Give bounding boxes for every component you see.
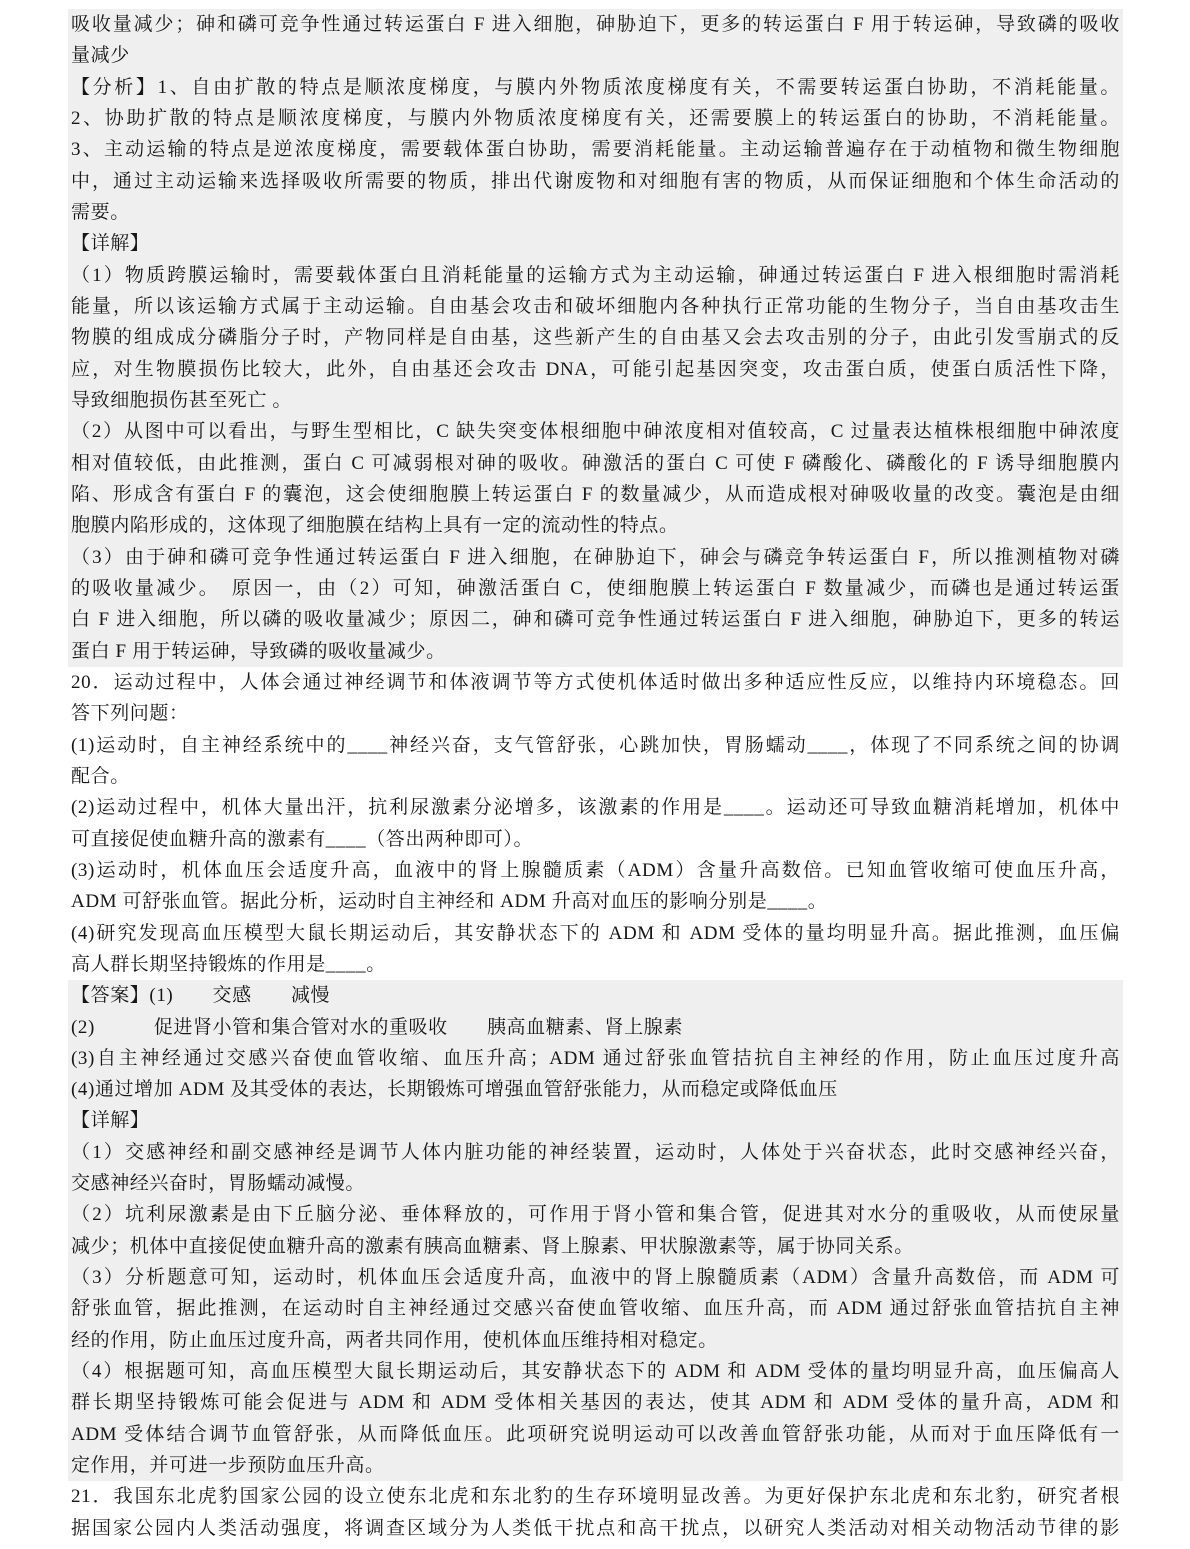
document-page: 吸收量减少；砷和磷可竞争性通过转运蛋白 F 进入细胞，砷胁迫下，更多的转运蛋白 … xyxy=(68,9,1123,1544)
text-line: (4)通过增加 ADM 及其受体的表达，长期锻炼可增强血管舒张能力，从而稳定或降… xyxy=(71,1074,1120,1105)
text-line: 【分析】1、自由扩散的特点是顺浓度梯度，与膜内外物质浓度梯度有关，不需要转运蛋白… xyxy=(71,72,1120,103)
question20-body: 20．运动过程中，人体会通过神经调节和体液调节等方式使机体适时做出多种适应性反应… xyxy=(68,667,1123,980)
text-line: （3）分析题意可知，运动时，机体血压会适度升高，血液中的肾上腺髓质素（ADM）含… xyxy=(71,1262,1120,1293)
text-line: 物膜的组成成分磷脂分子时，产物同样是自由基，这些新产生的自由基又会去攻击别的分子… xyxy=(71,322,1120,353)
text-line: 21．我国东北虎豹国家公园的设立使东北虎和东北豹的生存环境明显改善。为更好保护东… xyxy=(71,1481,1120,1512)
text-line: 中，通过主动运输来选择吸收所需要的物质，排出代谢废物和对细胞有害的物质，从而保证… xyxy=(71,166,1120,197)
text-line: 交感神经兴奋时，胃肠蠕动减慢。 xyxy=(71,1168,1120,1199)
text-line: 据国家公园内人类活动强度，将调查区域分为人类低干扰点和高干扰点，以研究人类活动对… xyxy=(71,1513,1120,1544)
text-line: 舒张血管，据此推测，在运动时自主神经通过交感兴奋使血管收缩、血压升高，而 ADM… xyxy=(71,1293,1120,1324)
text-line: 答下列问题： xyxy=(71,698,1120,729)
text-line: (1)运动时，自主神经系统中的____神经兴奋，支气管舒张，心跳加快，胃肠蠕动_… xyxy=(71,730,1120,761)
text-line: (2)运动过程中，机体大量出汗，抗利尿激素分泌增多，该激素的作用是____。运动… xyxy=(71,792,1120,823)
text-line: 能量，所以该运输方式属于主动运输。自由基会攻击和破坏细胞内各种执行正常功能的生物… xyxy=(71,291,1120,322)
text-line: 蛋白 F 用于转运砷，导致磷的吸收量减少。 xyxy=(71,636,1120,667)
text-line: 需要。 xyxy=(71,197,1120,228)
text-line: 陷、形成含有蛋白 F 的囊泡，这会使细胞膜上转运蛋白 F 的数量减少，从而造成根… xyxy=(71,479,1120,510)
text-line: 定作用，并可进一步预防血压升高。 xyxy=(71,1450,1120,1481)
text-line: (3)运动时，机体血压会适度升高，血液中的肾上腺髓质素（ADM）含量升高数倍。已… xyxy=(71,855,1120,886)
question20-answer-highlight: 【答案】(1) 交感 减慢(2) 促进肾小管和集合管对水的重吸收 胰高血糖素、肾… xyxy=(68,980,1123,1481)
text-line: 高人群长期坚持锻炼的作用是____。 xyxy=(71,949,1120,980)
text-line: 2、协助扩散的特点是顺浓度梯度，与膜内外物质浓度梯度有关，还需要膜上的转运蛋白的… xyxy=(71,103,1120,134)
text-line: （3）由于砷和磷可竞争性通过转运蛋白 F 进入细胞，在砷胁迫下，砷会与磷竞争转运… xyxy=(71,542,1120,573)
text-line: 导致细胞损伤甚至死亡 。 xyxy=(71,385,1120,416)
question21-body: 21．我国东北虎豹国家公园的设立使东北虎和东北豹的生存环境明显改善。为更好保护东… xyxy=(68,1481,1123,1544)
text-line: 的吸收量减少。 原因一，由（2）可知，砷激活蛋白 C，使细胞膜上转运蛋白 F 数… xyxy=(71,573,1120,604)
text-line: 量减少 xyxy=(71,40,1120,71)
text-line: 【详解】 xyxy=(71,228,1120,259)
text-line: ADM 可舒张血管。据此分析，运动时自主神经和 ADM 升高对血压的影响分别是_… xyxy=(71,886,1120,917)
text-line: 群长期坚持锻炼可能会促进与 ADM 和 ADM 受体相关基因的表达，使其 ADM… xyxy=(71,1387,1120,1418)
text-line: 3、主动运输的特点是逆浓度梯度，需要载体蛋白协助，需要消耗能量。主动运输普遍存在… xyxy=(71,134,1120,165)
text-line: 白 F 进入细胞，所以磷的吸收量减少；原因二，砷和磷可竞争性通过转运蛋白 F 进… xyxy=(71,604,1120,635)
text-line: 应，对生物膜损伤比较大，此外，自由基还会攻击 DNA，可能引起基因突变，攻击蛋白… xyxy=(71,354,1120,385)
text-line: 经的作用，防止血压过度升高，两者共同作用，使机体血压维持相对稳定。 xyxy=(71,1325,1120,1356)
text-line: 相对值较低，由此推测，蛋白 C 可减弱根对砷的吸收。砷激活的蛋白 C 可使 F … xyxy=(71,448,1120,479)
text-line: （1）物质跨膜运输时，需要载体蛋白且消耗能量的运输方式为主动运输，砷通过转运蛋白… xyxy=(71,260,1120,291)
text-line: （1）交感神经和副交感神经是调节人体内脏功能的神经装置，运动时，人体处于兴奋状态… xyxy=(71,1137,1120,1168)
text-line: 可直接促使血糖升高的激素有____（答出两种即可）。 xyxy=(71,824,1120,855)
text-line: 吸收量减少；砷和磷可竞争性通过转运蛋白 F 进入细胞，砷胁迫下，更多的转运蛋白 … xyxy=(71,9,1120,40)
text-line: （2）从图中可以看出，与野生型相比，C 缺失突变体根细胞中砷浓度相对值较高，C … xyxy=(71,416,1120,447)
text-line: (4)研究发现高血压模型大鼠长期运动后，其安静状态下的 ADM 和 ADM 受体… xyxy=(71,918,1120,949)
text-line: 胞膜内陷形成的，这体现了细胞膜在结构上具有一定的流动性的特点。 xyxy=(71,510,1120,541)
text-line: 配合。 xyxy=(71,761,1120,792)
text-line: ADM 受体结合调节血管舒张，从而降低血压。此项研究说明运动可以改善血管舒张功能… xyxy=(71,1419,1120,1450)
text-line: （4）根据题可知，高血压模型大鼠长期运动后，其安静状态下的 ADM 和 ADM … xyxy=(71,1356,1120,1387)
text-line: （2）坑利尿激素是由下丘脑分泌、垂体释放的，可作用于肾小管和集合管，促进其对水分… xyxy=(71,1199,1120,1230)
text-line: (3)自主神经通过交感兴奋使血管收缩、血压升高；ADM 通过舒张血管拮抗自主神经… xyxy=(71,1043,1120,1074)
text-line: 20．运动过程中，人体会通过神经调节和体液调节等方式使机体适时做出多种适应性反应… xyxy=(71,667,1120,698)
text-line: (2) 促进肾小管和集合管对水的重吸收 胰高血糖素、肾上腺素 xyxy=(71,1012,1120,1043)
text-line: 【详解】 xyxy=(71,1105,1120,1136)
text-line: 【答案】(1) 交感 减慢 xyxy=(71,980,1120,1011)
text-line: 减少；机体中直接促使血糖升高的激素有胰高血糖素、肾上腺素、甲状腺激素等，属于协同… xyxy=(71,1231,1120,1262)
question19-explanation-highlight: 吸收量减少；砷和磷可竞争性通过转运蛋白 F 进入细胞，砷胁迫下，更多的转运蛋白 … xyxy=(68,9,1123,667)
